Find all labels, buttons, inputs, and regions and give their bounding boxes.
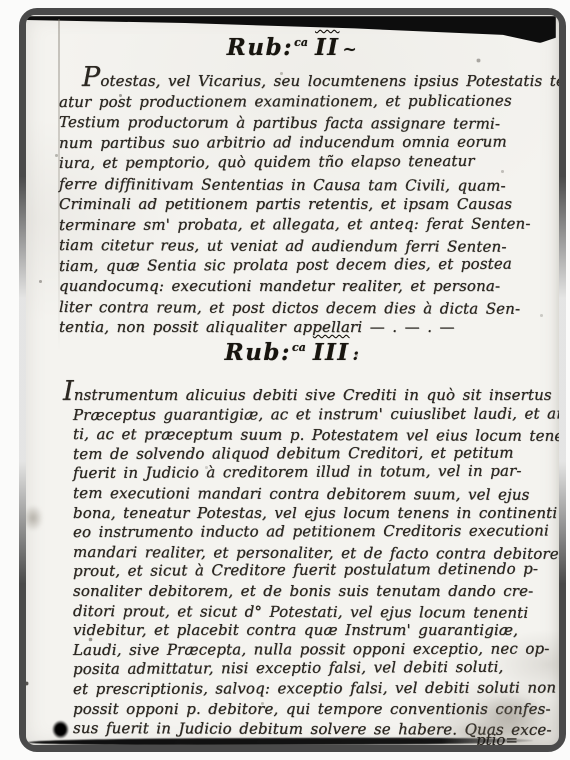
manuscript-line: quandocumq: executioni mandetur realiter… (59, 276, 559, 297)
rubric-3-heading: Rub:caIII: (26, 339, 559, 366)
manuscript-line: tiam, quæ Sentia sic prolata post decem … (59, 253, 559, 276)
manuscript-line: ferre diffinitivam Sententias in Causa t… (59, 174, 559, 197)
manuscript-line: fuerit in Judicio à creditorem illud in … (73, 462, 559, 484)
left-margin-smudge (26, 501, 46, 535)
manuscript-line: sonaliter debitorem, et de bonis suis te… (73, 582, 559, 602)
manuscript-line: num partibus suo arbitrio ad inducendum … (59, 131, 559, 153)
manuscript-line: bona, teneatur Potestas, vel ejus locum … (73, 504, 559, 524)
paper-specks (26, 15, 27, 16)
manuscript-line: Præceptus guarantigiæ, ac et instrum' cu… (73, 404, 559, 425)
manuscript-line: Instrumentum alicuius debiti sive Credit… (63, 381, 559, 406)
manuscript-line: liter contra reum, et post dictos decem … (59, 297, 559, 320)
frame-fade-left (19, 176, 26, 585)
bottom-left-ink-blot (49, 717, 72, 742)
manuscript-line: eo instrumento inducto ad petitionem Cre… (73, 521, 559, 542)
bottom-right-stain (444, 679, 554, 745)
manuscript-line: videbitur, et placebit contra quæ Instru… (73, 621, 559, 641)
rubric-2-body: Potestas, vel Vicarius, seu locumtenens … (59, 67, 559, 338)
manuscript-line: ditori prout, et sicut d° Potestati, vel… (73, 602, 559, 624)
rubric-superscript: ca (292, 341, 306, 354)
manuscript-page: Rub:caII~ Potestas, vel Vicarius, seu lo… (26, 15, 559, 745)
manuscript-line: prout, et sicut à Creditore fuerit postu… (73, 560, 559, 582)
manuscript-line: posita admittatur, nisi exceptio falsi, … (73, 658, 559, 680)
manuscript-line: tentia, non possit aliqualiter appellari… (59, 317, 559, 338)
rubric-superscript: ca (294, 36, 308, 49)
frame-fade-right (559, 176, 566, 585)
scan-bottom-edge (28, 737, 533, 745)
rubric-numeral: II (315, 34, 340, 61)
rubric-trail: : (353, 345, 361, 365)
manuscript-line: terminare sm' probata, et allegata, et a… (59, 213, 559, 235)
rubric-label: Rub: (225, 339, 291, 366)
manuscript-line: Criminali ad petitionem partis retentis,… (59, 194, 559, 215)
rubric-trail: ~ (343, 40, 359, 60)
manuscript-line: Potestas, vel Vicarius, seu locumtenens … (82, 67, 559, 92)
manuscript-line: iura, et pemptorio, quò quidem tño elaps… (59, 150, 559, 173)
photo-border-frame: Rub:caII~ Potestas, vel Vicarius, seu lo… (19, 8, 566, 752)
manuscript-line: atur post productionem examinationem, et… (59, 90, 559, 112)
rubric-numeral: III (313, 339, 350, 366)
manuscript-line: tem executioni mandari contra debitorem … (73, 484, 559, 506)
rubric-2-heading: Rub:caII~ (26, 34, 559, 61)
rubric-label: Rub: (227, 34, 293, 61)
